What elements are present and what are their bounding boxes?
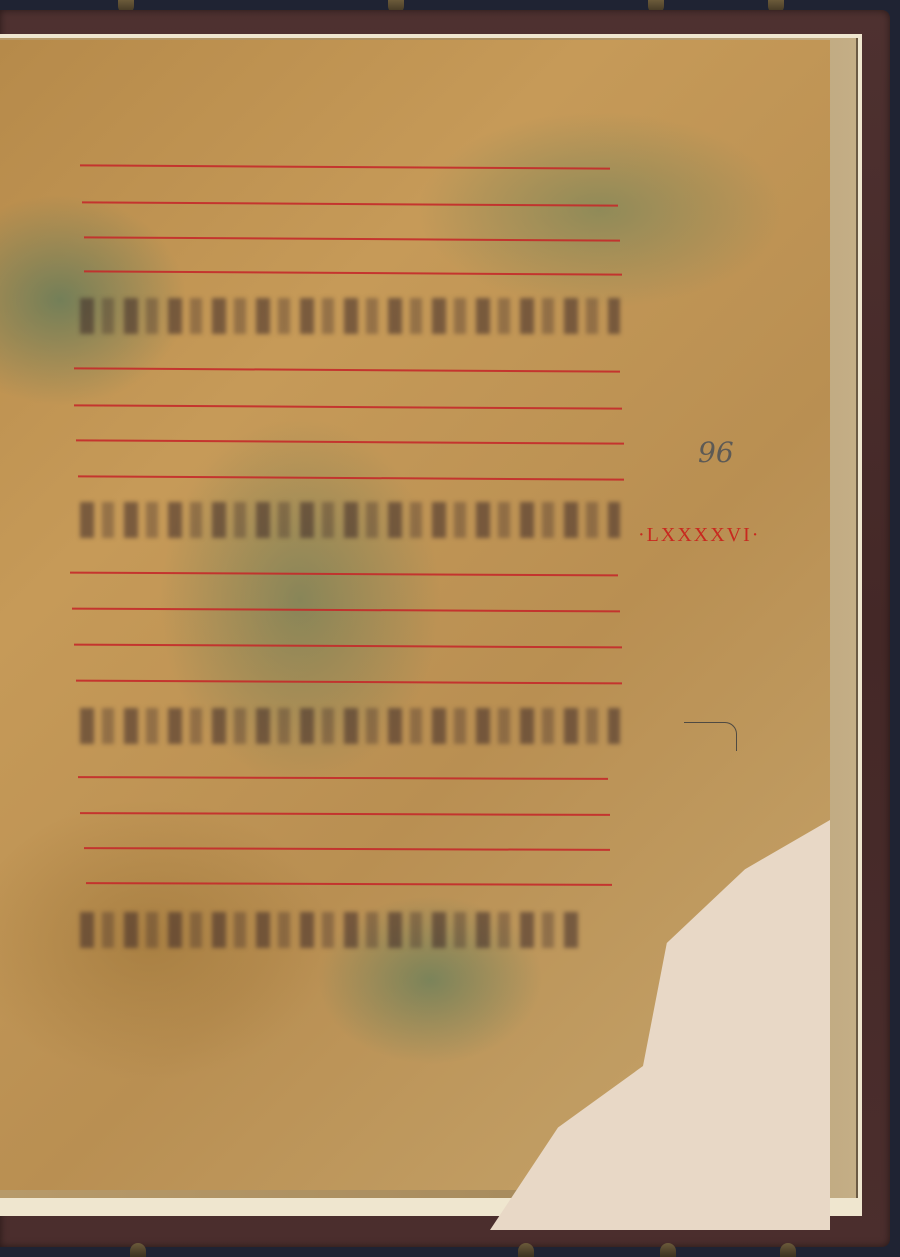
pencil-folio-number: 96 bbox=[698, 436, 734, 469]
text-line bbox=[80, 298, 620, 334]
staff-line bbox=[80, 164, 610, 169]
staff-line bbox=[86, 882, 612, 886]
staff-line bbox=[78, 475, 624, 480]
roman-folio-number: ·LXXXXVI· bbox=[638, 524, 760, 547]
paper-repair-patch bbox=[490, 820, 830, 1230]
binding-clasp bbox=[130, 1243, 146, 1257]
staff-line bbox=[74, 367, 620, 372]
staff-line bbox=[78, 776, 608, 780]
staff-line bbox=[72, 608, 620, 613]
staff-line bbox=[70, 572, 618, 577]
staff-line bbox=[84, 270, 622, 275]
staff-line bbox=[80, 812, 610, 816]
staff-line bbox=[76, 439, 624, 444]
staff-line bbox=[74, 644, 622, 649]
parchment-leaf bbox=[0, 40, 830, 1190]
text-line bbox=[80, 708, 620, 744]
binding-clasp bbox=[780, 1243, 796, 1257]
binding-clasp bbox=[660, 1243, 676, 1257]
binding-clasp bbox=[518, 1243, 534, 1257]
staff-line bbox=[84, 236, 620, 241]
staff-line bbox=[76, 680, 622, 685]
staff-line bbox=[84, 847, 610, 851]
staff-line bbox=[82, 201, 618, 206]
staff-line bbox=[74, 404, 622, 409]
text-line bbox=[80, 502, 620, 538]
text-line bbox=[80, 912, 580, 948]
pencil-mark bbox=[684, 722, 737, 751]
